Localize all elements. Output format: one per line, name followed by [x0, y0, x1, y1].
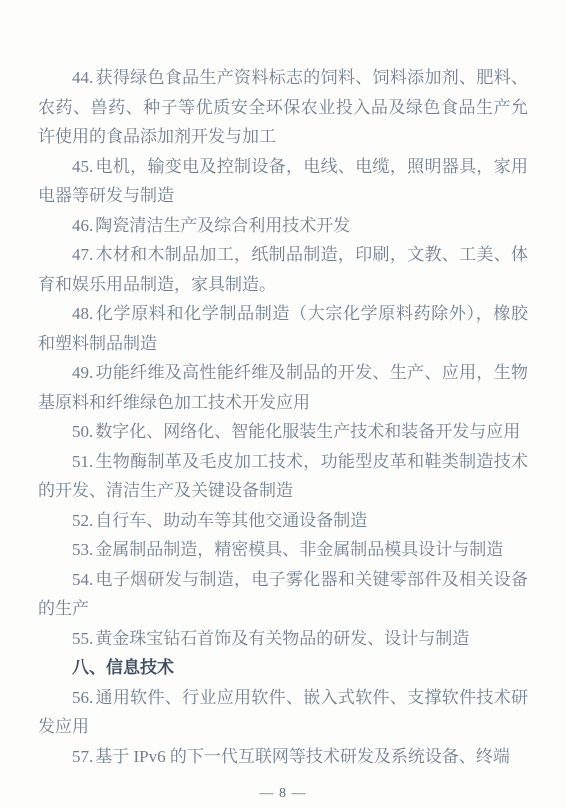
item-number: 44. — [72, 68, 95, 87]
item-number: 45. — [72, 157, 95, 176]
list-item-52: 52.自行车、助动车等其他交通设备制造 — [38, 506, 528, 536]
list-item-57: 57.基于 IPv6 的下一代互联网等技术研发及系统设备、终端 — [38, 742, 528, 772]
item-number: 46. — [72, 216, 95, 235]
item-number: 48. — [72, 304, 95, 323]
item-number: 54. — [72, 570, 95, 589]
list-item-48: 48.化学原料和化学制品制造（大宗化学原料药除外），橡胶和塑料制品制造 — [38, 299, 528, 358]
item-text: 基于 IPv6 的下一代互联网等技术研发及系统设备、终端 — [95, 747, 510, 766]
item-text: 金属制品制造，精密模具、非金属制品模具设计与制造 — [95, 540, 503, 559]
list-item-49: 49.功能纤维及高性能纤维及制品的开发、生产、应用，生物基原料和纤维绿色加工技术… — [38, 358, 528, 417]
item-text: 功能纤维及高性能纤维及制品的开发、生产、应用，生物基原料和纤维绿色加工技术开发应… — [38, 363, 528, 412]
item-text: 木材和木制品加工，纸制品制造，印刷，文教、工美、体育和娱乐用品制造，家具制造。 — [38, 245, 528, 294]
page-number: — 8 — — [0, 786, 566, 802]
item-number: 51. — [72, 452, 95, 471]
item-number: 56. — [72, 688, 95, 707]
item-text: 电子烟研发与制造，电子雾化器和关键零部件及相关设备的生产 — [38, 570, 528, 619]
item-text: 自行车、助动车等其他交通设备制造 — [95, 511, 367, 530]
item-text: 黄金珠宝钻石首饰及有关物品的研发、设计与制造 — [95, 629, 469, 648]
item-text: 化学原料和化学制品制造（大宗化学原料药除外），橡胶和塑料制品制造 — [38, 304, 528, 353]
item-number: 57. — [72, 747, 95, 766]
list-item-51: 51.生物酶制革及毛皮加工技术，功能型皮革和鞋类制造技术的开发、清洁生产及关键设… — [38, 447, 528, 506]
item-number: 49. — [72, 363, 95, 382]
list-item-55: 55.黄金珠宝钻石首饰及有关物品的研发、设计与制造 — [38, 624, 528, 654]
item-number: 52. — [72, 511, 95, 530]
list-item-54: 54.电子烟研发与制造，电子雾化器和关键零部件及相关设备的生产 — [38, 565, 528, 624]
item-number: 47. — [72, 245, 95, 264]
document-page: 44.获得绿色食品生产资料标志的饲料、饲料添加剂、肥料、农药、兽药、种子等优质安… — [0, 0, 566, 808]
list-item-45: 45.电机，输变电及控制设备，电线、电缆，照明器具，家用电器等研发与制造 — [38, 152, 528, 211]
item-text: 陶瓷清洁生产及综合利用技术开发 — [95, 216, 350, 235]
item-number: 50. — [72, 422, 95, 441]
item-text: 获得绿色食品生产资料标志的饲料、饲料添加剂、肥料、农药、兽药、种子等优质安全环保… — [38, 68, 528, 146]
item-text: 生物酶制革及毛皮加工技术，功能型皮革和鞋类制造技术的开发、清洁生产及关键设备制造 — [38, 452, 528, 501]
list-item-56: 56.通用软件、行业应用软件、嵌入式软件、支撑软件技术研发应用 — [38, 683, 528, 742]
item-text: 数字化、网络化、智能化服装生产技术和装备开发与应用 — [95, 422, 520, 441]
item-number: 53. — [72, 540, 95, 559]
list-item-46: 46.陶瓷清洁生产及综合利用技术开发 — [38, 211, 528, 241]
item-text: 通用软件、行业应用软件、嵌入式软件、支撑软件技术研发应用 — [38, 688, 528, 737]
item-text: 电机，输变电及控制设备，电线、电缆，照明器具，家用电器等研发与制造 — [38, 157, 528, 206]
document-body: 44.获得绿色食品生产资料标志的饲料、饲料添加剂、肥料、农药、兽药、种子等优质安… — [38, 63, 528, 771]
list-item-53: 53.金属制品制造，精密模具、非金属制品模具设计与制造 — [38, 535, 528, 565]
list-item-50: 50.数字化、网络化、智能化服装生产技术和装备开发与应用 — [38, 417, 528, 447]
item-number: 55. — [72, 629, 95, 648]
list-item-44: 44.获得绿色食品生产资料标志的饲料、饲料添加剂、肥料、农药、兽药、种子等优质安… — [38, 63, 528, 152]
list-item-47: 47.木材和木制品加工，纸制品制造，印刷，文教、工美、体育和娱乐用品制造，家具制… — [38, 240, 528, 299]
section-heading-information-technology: 八、信息技术 — [38, 653, 528, 683]
